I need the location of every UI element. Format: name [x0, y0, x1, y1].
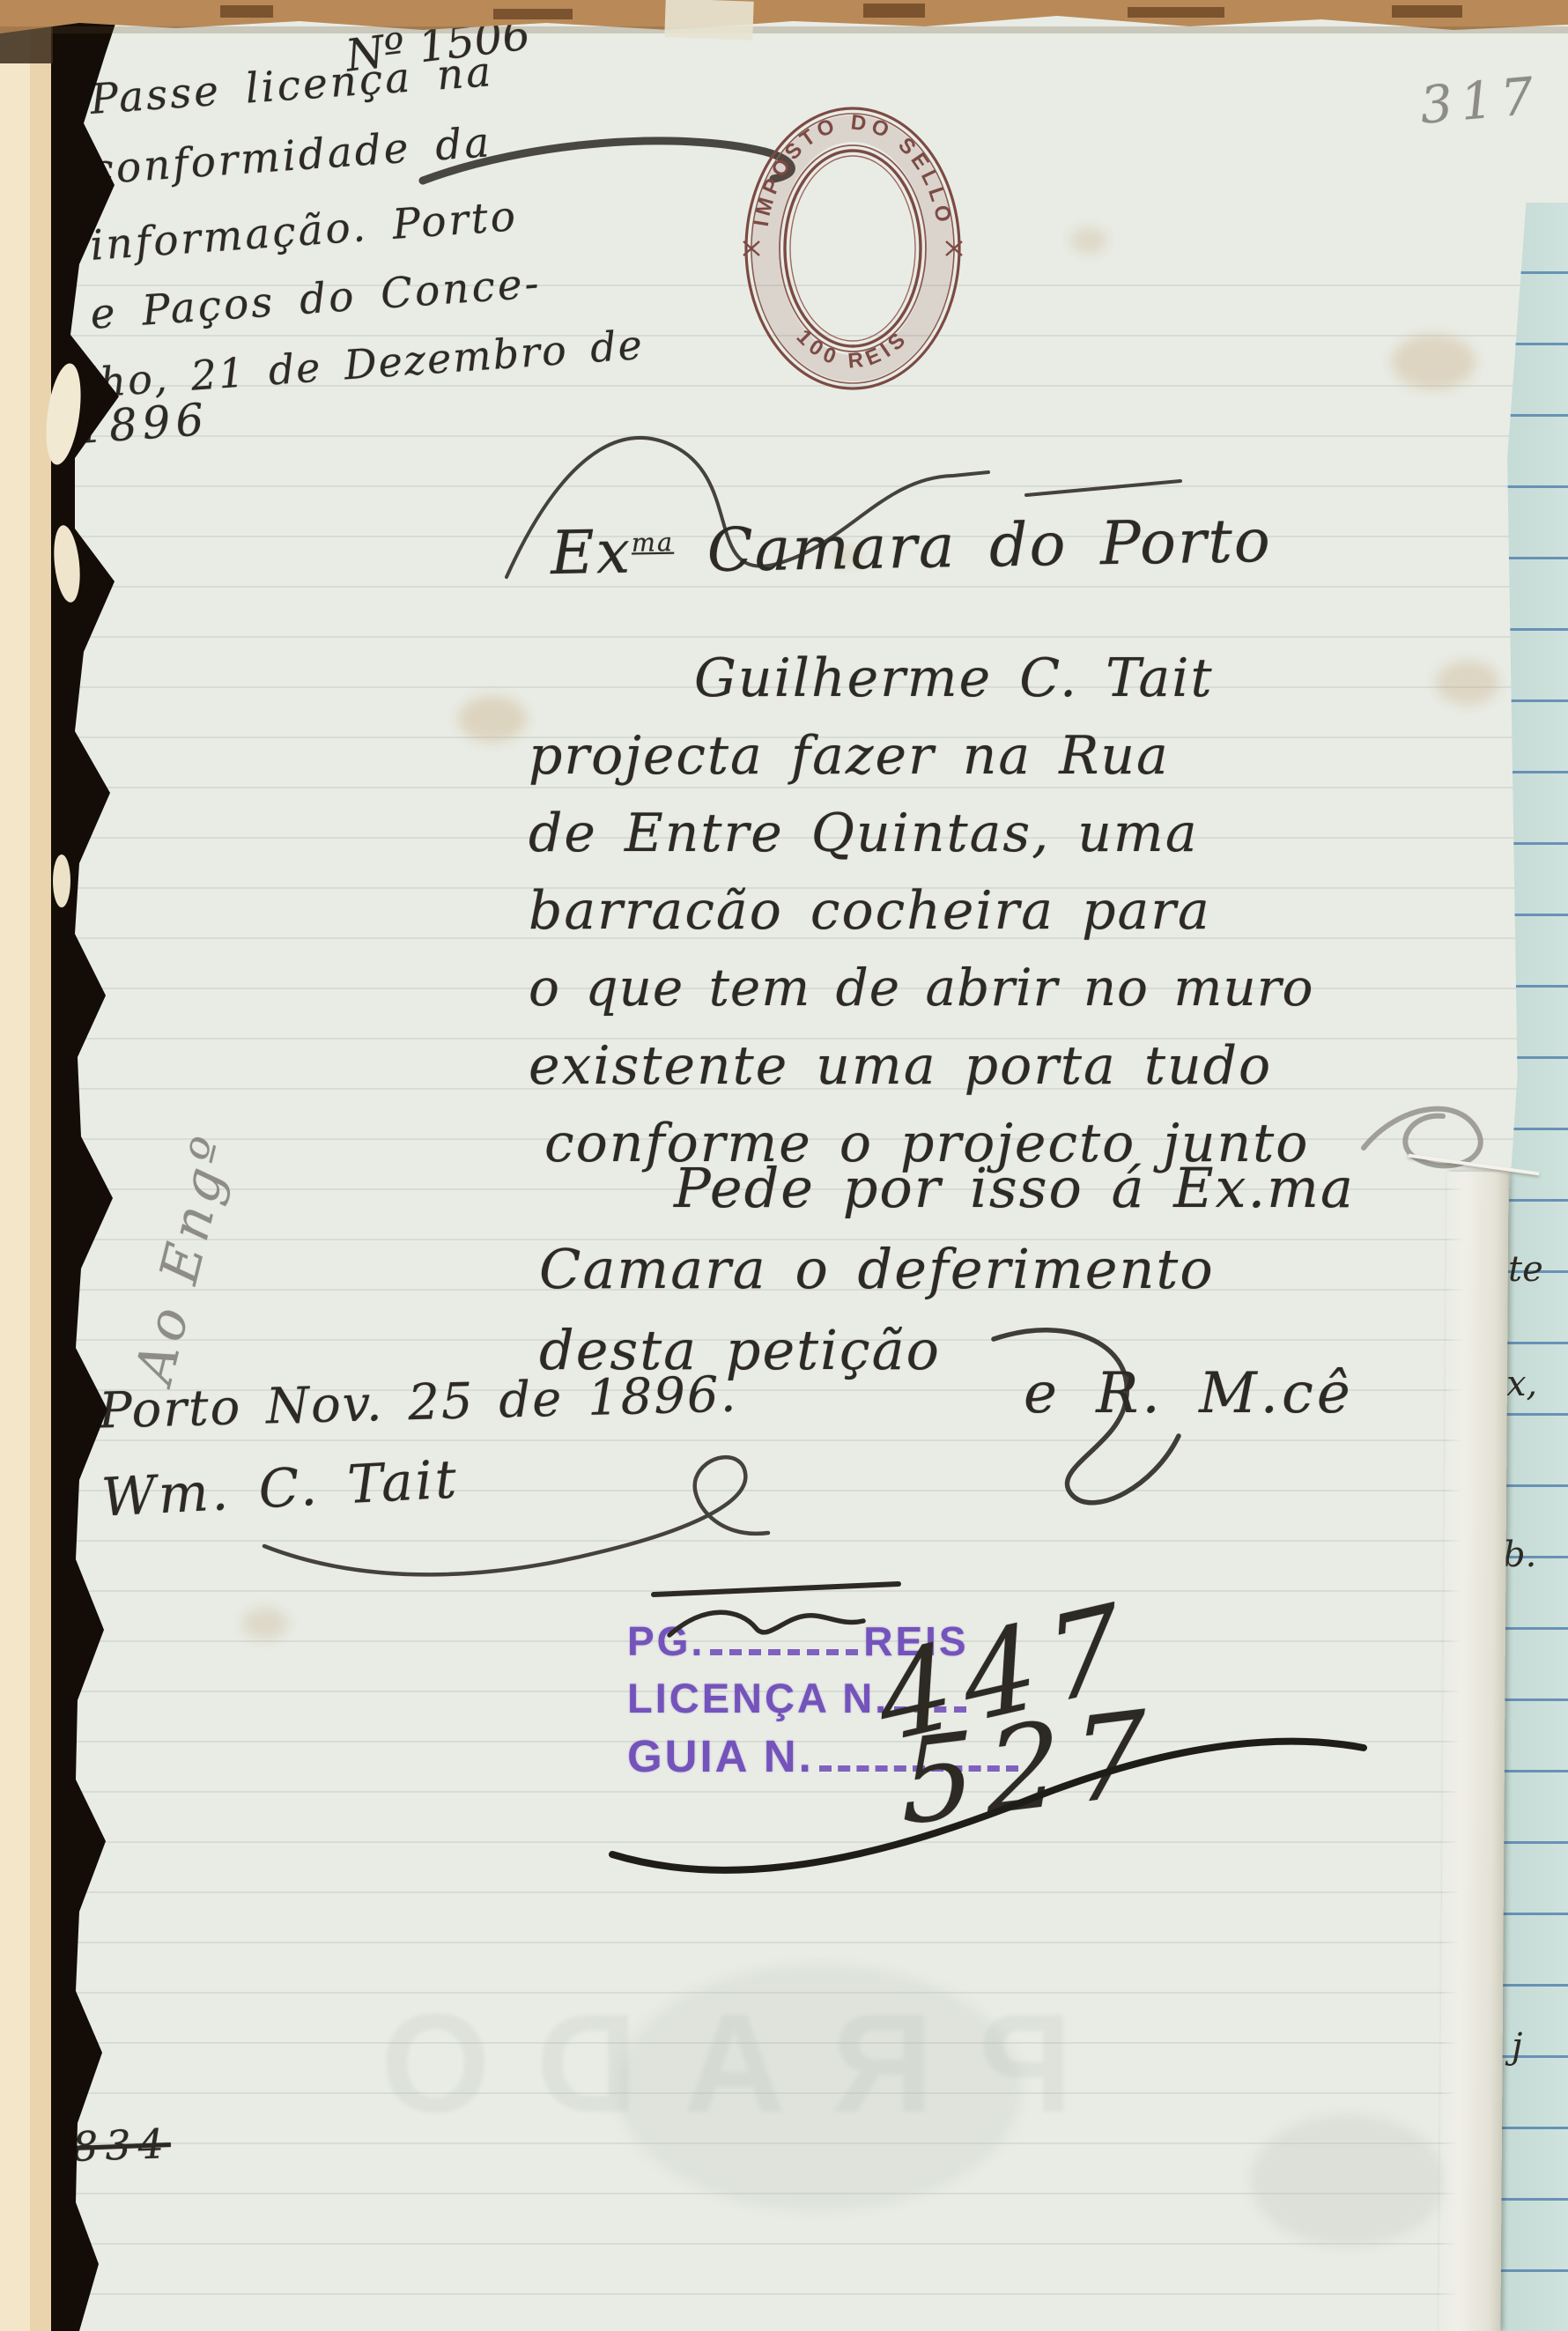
document-scan: PRADO 317 Nº 1506 Passe licença na confo… — [0, 0, 1568, 2331]
next-page-fragment: x, — [1506, 1364, 1537, 1404]
bottom-flourish — [0, 0, 1568, 1938]
paper-blotch — [1251, 2114, 1445, 2246]
next-page-fragment: j — [1512, 2026, 1522, 2067]
tape-remnant — [664, 0, 753, 41]
showthrough-text: PRADO — [335, 1982, 1073, 2144]
curled-page-edge — [1439, 1172, 1508, 2331]
deckled-top-edge — [0, 0, 1568, 44]
binding-torn-edge — [0, 0, 150, 2331]
next-page-fragment: te — [1508, 1249, 1543, 1290]
next-page-fragment: b. — [1503, 1535, 1536, 1575]
